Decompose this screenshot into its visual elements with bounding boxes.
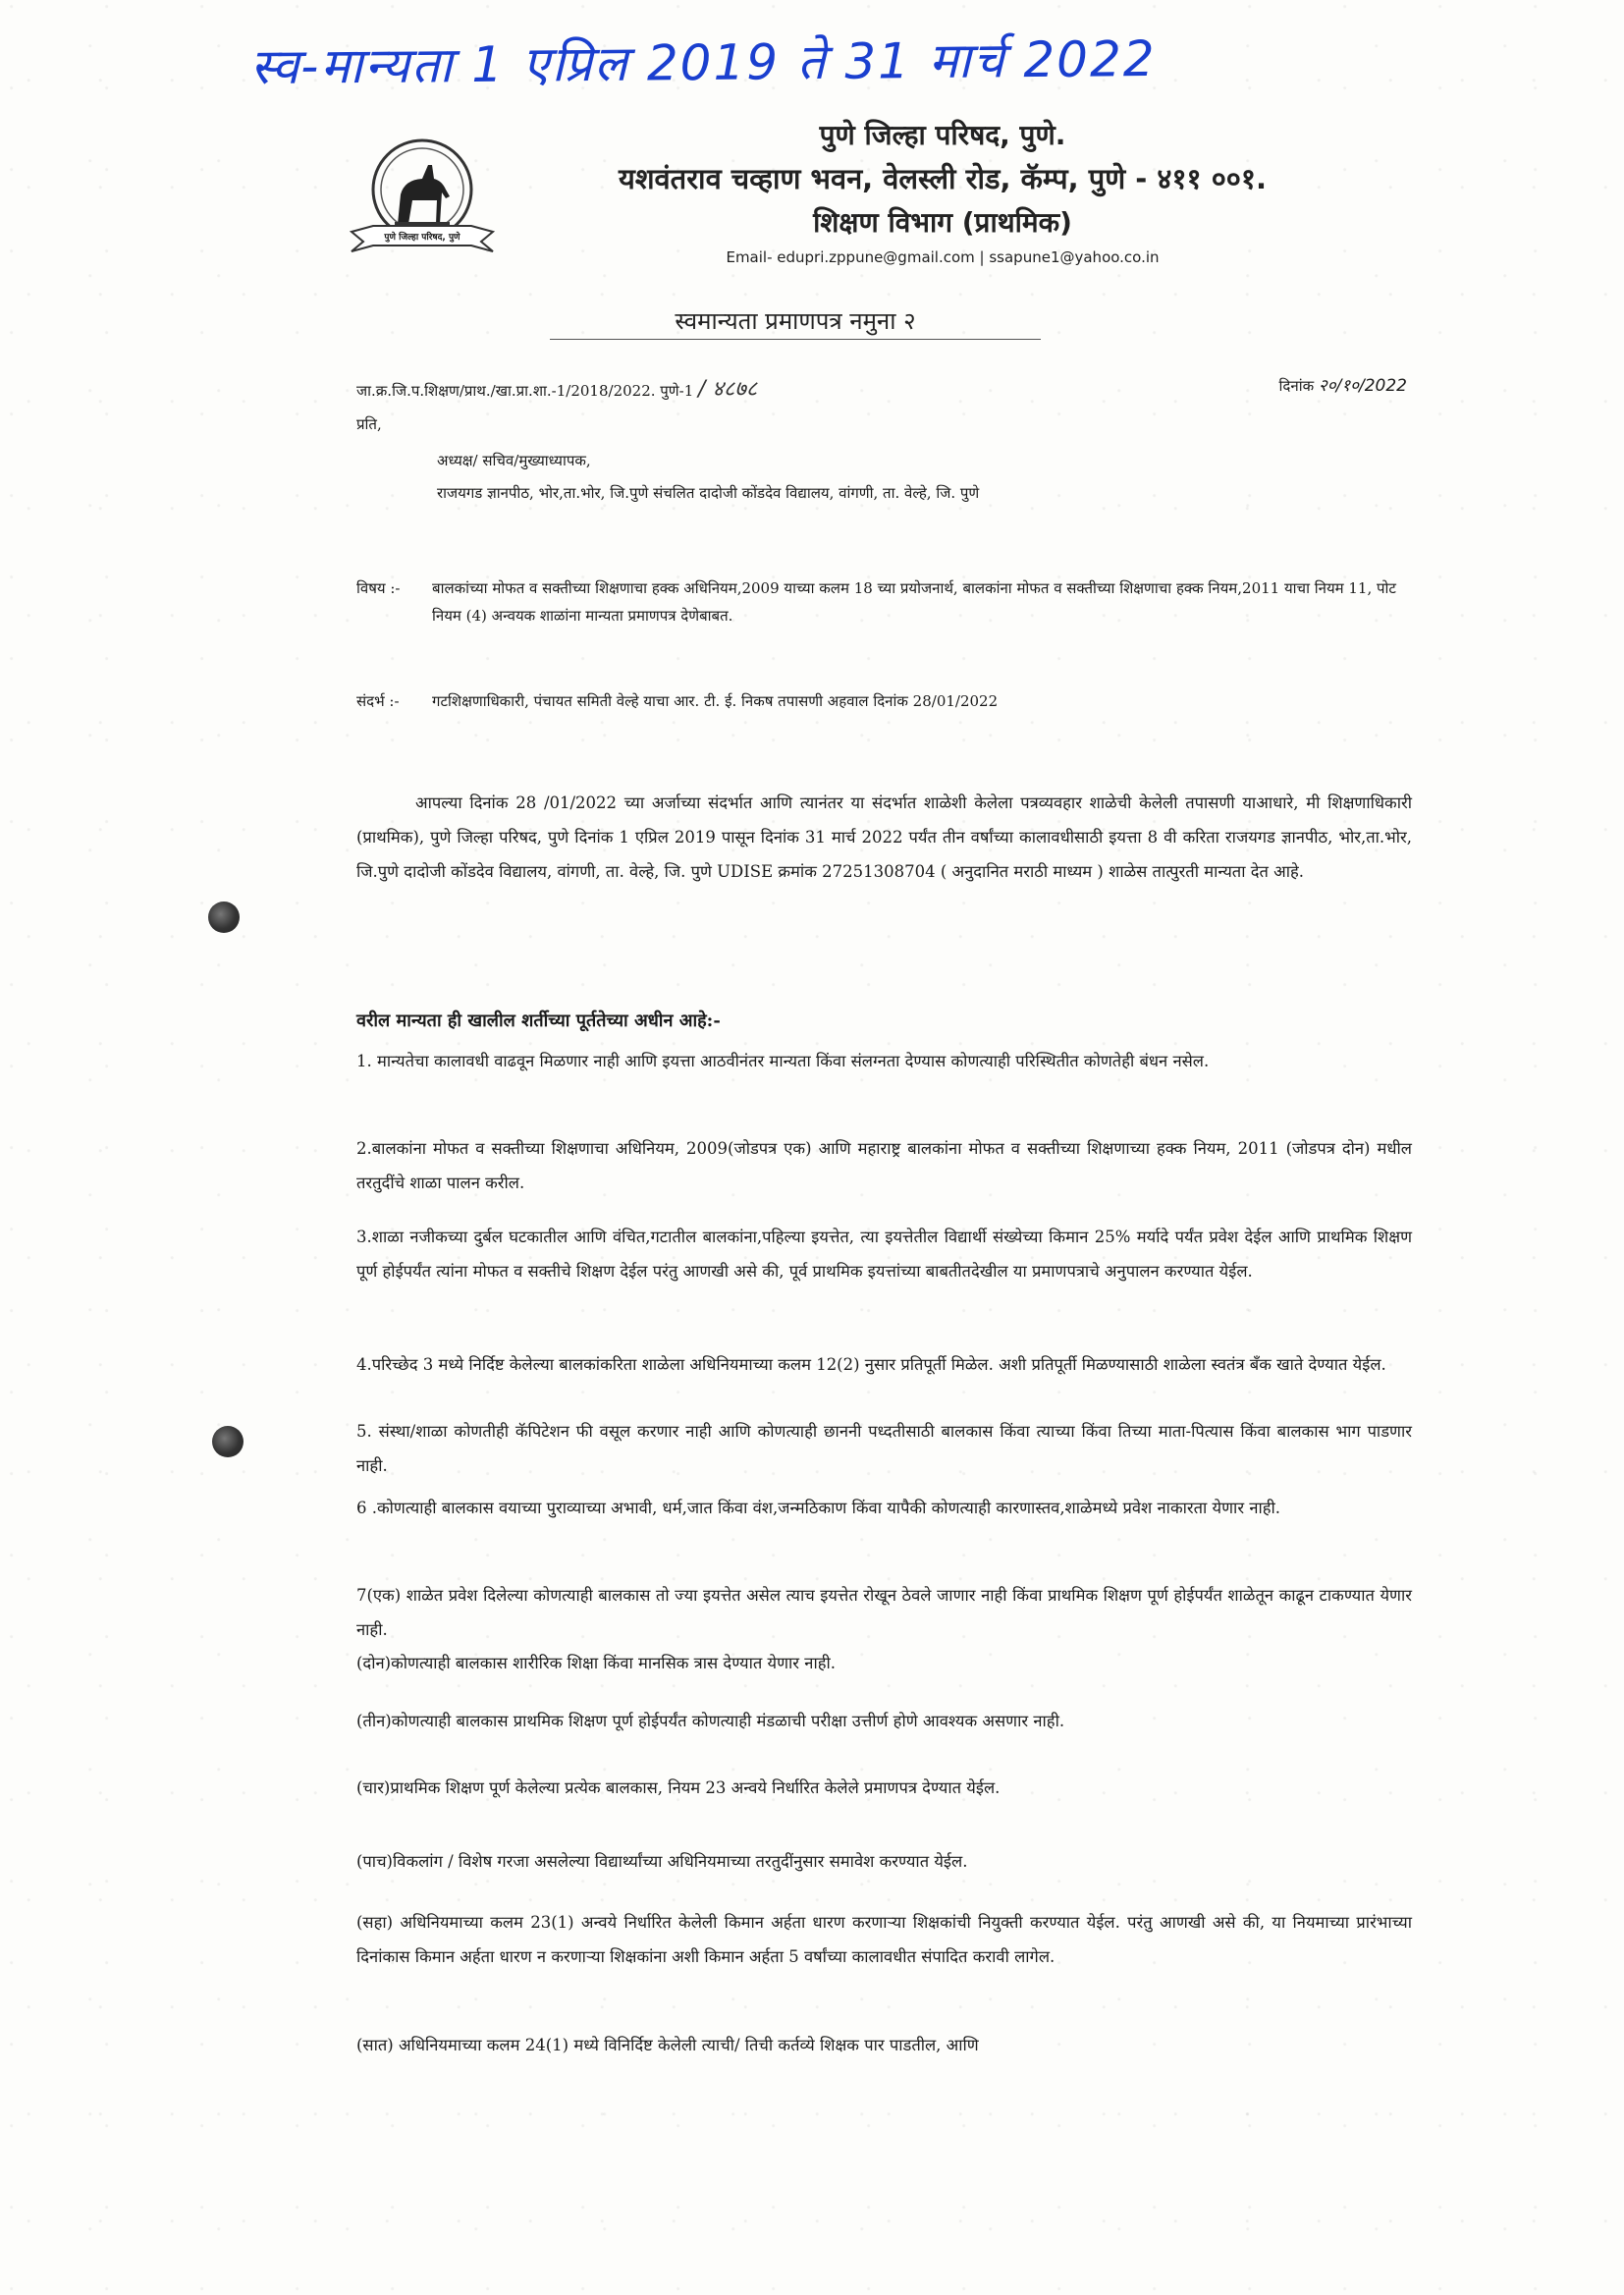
reference-line: जा.क्र.जि.प.शिक्षण/प्राथ./खा.प्रा.शा.-1/… [356,373,1407,403]
condition-7-six: (सहा) अधिनियमाच्या कलम 23(1) अन्वये निर्… [356,1905,1412,1974]
condition-7-five: (पाच)विकलांग / विशेष गरजा असलेल्या विद्य… [356,1844,1412,1879]
reference-doc-text: गटशिक्षणाधिकारी, पंचायत समिती वेल्हे याच… [432,692,998,710]
condition-7-one: 7(एक) शाळेत प्रवेश दिलेल्या कोणत्याही बा… [356,1578,1412,1647]
letterhead-email: Email- edupri.zppune@gmail.com | ssapune… [511,248,1375,266]
reference-number: जा.क्र.जि.प.शिक्षण/प्राथ./खा.प्रा.शा.-1/… [356,382,693,400]
letterhead-department: शिक्षण विभाग (प्राथमिक) [511,203,1375,241]
subject-text: बालकांच्या मोफत व सक्तीच्या शिक्षणाचा हक… [432,574,1404,629]
reference-doc-label: संदर्भ :- [356,687,432,715]
reference-number-handwritten: / ४८७८ [698,377,757,402]
condition-1: 1. मान्यतेचा कालावधी वाढवून मिळणार नाही … [356,1044,1412,1078]
condition-2: 2.बालकांना मोफत व सक्तीच्या शिक्षणाचा अध… [356,1131,1412,1200]
condition-7-two: (दोन)कोणत्याही बालकास शारीरिक शिक्षा किं… [356,1646,1412,1680]
date-label: दिनांक [1279,377,1315,395]
condition-4: 4.परिच्छेद 3 मध्ये निर्दिष्ट केलेल्या बा… [356,1347,1412,1382]
main-paragraph: आपल्या दिनांक 28 /01/2022 च्या अर्जाच्या… [356,786,1412,889]
addressee-designation: अध्यक्ष/ सचिव/मुख्याध्यापक, [437,447,591,474]
letterhead-address: यशवंतराव चव्हाण भवन, वेलस्ली रोड, कॅम्प,… [511,159,1375,197]
zilla-parishad-logo: पुणे जिल्हा परिषद, पुणे [344,136,501,263]
condition-6: 6 .कोणत्याही बालकास वयाच्या पुराव्याच्या… [356,1491,1412,1525]
handwritten-validity-note: स्व-मान्यता 1 एप्रिल 2019 ते 31 मार्च 20… [250,24,1157,98]
reference-doc-block: संदर्भ :-गटशिक्षणाधिकारी, पंचायत समिती व… [356,687,1407,715]
punch-hole-top [208,902,240,933]
addressee-prati: प्रति, [356,410,382,438]
subject-label: विषय :- [356,574,432,602]
date-value: २०/१०/2022 [1319,376,1407,396]
condition-7-seven: (सात) अधिनियमाच्या कलम 24(1) मध्ये विनिर… [356,2028,1412,2062]
subject-block: विषय :-बालकांच्या मोफत व सक्तीच्या शिक्ष… [356,574,1407,629]
addressee-school: राजयगड ज्ञानपीठ, भोर,ता.भोर, जि.पुणे संच… [437,479,1419,507]
condition-5: 5. संस्था/शाळा कोणतीही कॅपिटेशन फी वसूल … [356,1414,1412,1483]
document-title: स्वमान्यता प्रमाणपत्र नमुना २ [550,304,1041,340]
condition-3: 3.शाळा नजीकच्या दुर्बल घटकातील आणि वंचित… [356,1220,1412,1288]
condition-7-four: (चार)प्राथमिक शिक्षण पूर्ण केलेल्या प्रत… [356,1771,1412,1805]
conditions-heading: वरील मान्यता ही खालील शर्तीच्या पूर्ततेच… [356,1004,1412,1038]
logo-caption: पुणे जिल्हा परिषद, पुणे [373,230,471,243]
letterhead-organization: पुणे जिल्हा परिषद, पुणे. [511,116,1375,153]
letterhead: पुणे जिल्हा परिषद, पुणे. यशवंतराव चव्हाण… [511,116,1375,266]
punch-hole-bottom [212,1426,244,1457]
condition-7-three: (तीन)कोणत्याही बालकास प्राथमिक शिक्षण पू… [356,1704,1412,1738]
equestrian-statue-emblem-icon [344,136,501,263]
